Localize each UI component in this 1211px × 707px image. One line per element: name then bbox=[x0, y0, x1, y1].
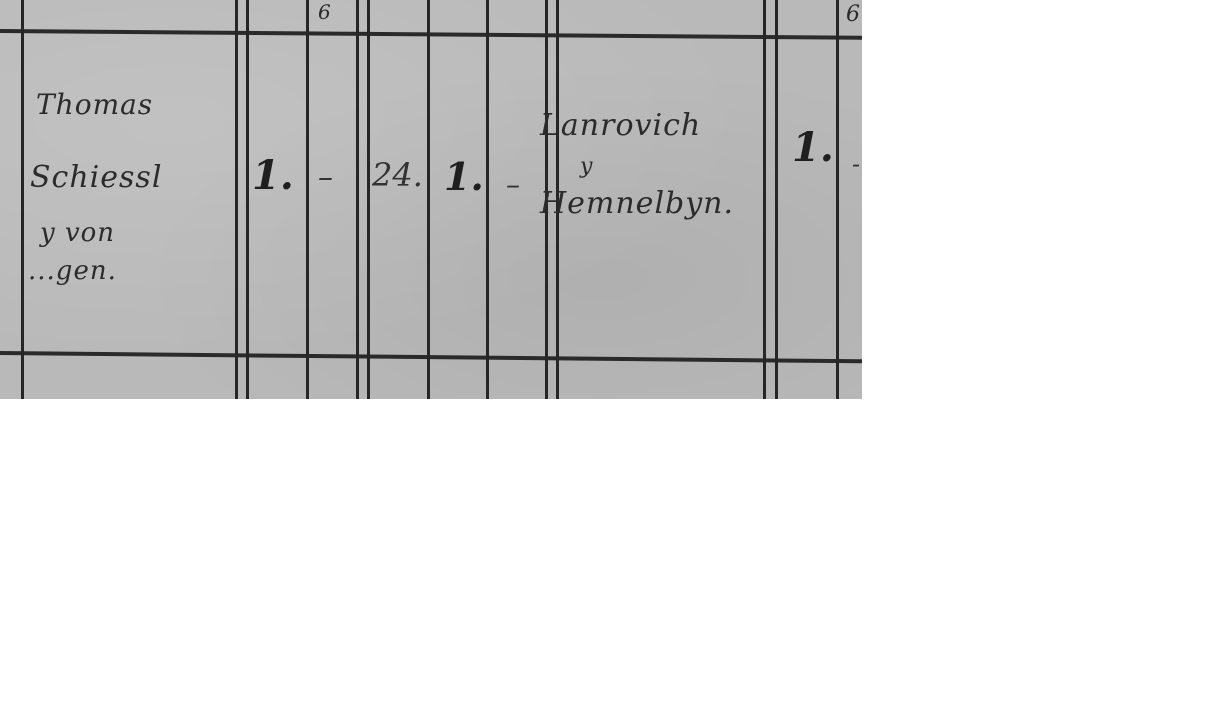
document-scan: 6 6 Thomas Schiessl y von ...gen. 1. – 2… bbox=[0, 0, 862, 399]
name-line-1: Thomas bbox=[36, 88, 153, 121]
column-rule bbox=[367, 0, 370, 399]
column-rule bbox=[21, 0, 24, 399]
dash-cell: - bbox=[852, 150, 860, 178]
age-cell: 24. bbox=[372, 156, 423, 194]
name-line-4: ...gen. bbox=[28, 256, 117, 286]
column-rule bbox=[306, 0, 309, 399]
top-rule bbox=[0, 29, 862, 40]
description-line-3: Hemnelbyn. bbox=[540, 186, 734, 221]
name-line-3: y von bbox=[40, 218, 115, 248]
description-line-1: Lanrovich bbox=[540, 108, 701, 143]
header-column-marker: 6 bbox=[846, 2, 861, 27]
column-rule bbox=[246, 0, 249, 399]
column-rule bbox=[763, 0, 766, 399]
column-rule bbox=[775, 0, 778, 399]
column-rule bbox=[836, 0, 839, 399]
column-rule bbox=[356, 0, 359, 399]
description-line-2: y bbox=[580, 154, 593, 179]
count-cell: 1. bbox=[444, 154, 484, 199]
count-cell: 1. bbox=[252, 152, 294, 199]
dash-cell: – bbox=[506, 168, 520, 201]
name-line-2: Schiessl bbox=[30, 160, 162, 195]
header-column-marker: 6 bbox=[318, 0, 332, 24]
count-cell: 1. bbox=[792, 124, 834, 171]
dash-cell: – bbox=[318, 160, 333, 195]
bottom-rule bbox=[0, 351, 862, 363]
column-rule bbox=[486, 0, 489, 399]
column-rule bbox=[427, 0, 430, 399]
column-rule bbox=[235, 0, 238, 399]
